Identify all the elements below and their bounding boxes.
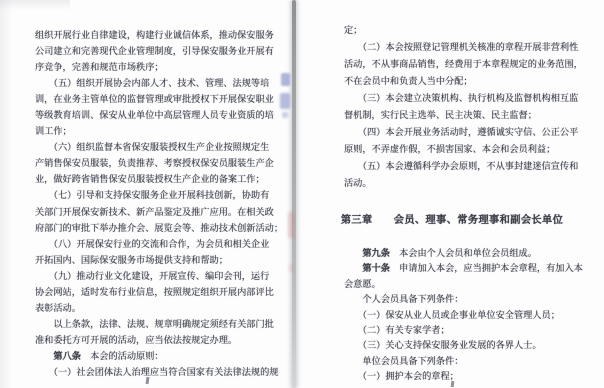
text-line: 开拓国内、国际保安服务市场提供支持和帮助； [35, 252, 281, 268]
text-segment: （二）本会按照登记管理机关核准的章程开展非营利性 [344, 42, 578, 52]
text-segment: （五）组织开展协会内部人才、技术、管理、法规等培 [35, 78, 269, 88]
text-segment: （三）本会建立决策机构、执行机构及监督机构相互监 [344, 93, 578, 103]
text-line: （八）开展保安行业的交流和合作，为会员和相关企业 [35, 236, 281, 252]
right-page-intro-text: 定； （二）本会按照登记管理机关核准的章程开展非营利性活动，不从事商品销售，经费… [344, 22, 594, 192]
text-segment: 原则，不弄虚作假，不损害国家、本会和会员利益； [344, 144, 555, 154]
left-page-text: 组织开展行业自律建设，构建行业诚信体系，推动保安服务公司建立和完善现代企业管理制… [35, 27, 281, 380]
text-line: 单位会员具备下列条件： [344, 354, 596, 369]
text-line: 第八条 本会的活动原则： [35, 348, 281, 364]
text-segment [344, 263, 362, 273]
text-line: 表彰活动。 [35, 300, 281, 316]
scanned-document: 组织开展行业自律建设，构建行业诚信体系，推动保安服务公司建立和完善现代企业管理制… [0, 0, 604, 388]
text-segment: 活动。 [344, 178, 372, 188]
text-segment: （一）保安从业人员或企事业单位安全管理人员； [344, 310, 560, 320]
text-line: 业，做好跨省销售保安员服装授权生产企业的备案工作； [35, 171, 281, 187]
text-segment: 不在会员中和负责人当中分配； [344, 76, 473, 86]
text-segment: 本会的活动原则： [81, 351, 164, 361]
text-line: （七）引导和支持保安服务企业开展科技创新，协助有 [35, 187, 281, 203]
text-line: 训工作； [35, 123, 281, 139]
text-segment: 表彰活动。 [35, 303, 81, 313]
text-line: 定； [344, 22, 594, 39]
text-segment [344, 248, 362, 258]
text-segment: 训工作； [35, 126, 72, 136]
blue-ink-bleed-mark [280, 93, 290, 109]
text-line: （二）有关专家学者； [344, 323, 596, 338]
red-ink-bleed-mark [288, 212, 294, 238]
text-line: （二）本会按照登记管理机关核准的章程开展非营利性 [344, 39, 594, 56]
text-segment: （七）引导和支持保安服务企业开展科技创新，协助有 [35, 190, 269, 200]
text-segment: 定； [344, 25, 362, 35]
article-term: 第八条 [53, 351, 81, 361]
text-line: 等级教育培训、保安从业单位中高层管理人员专业资质的培 [35, 107, 281, 123]
text-line: 产销售保安员服装，负责推荐、考察授权保安员服装生产企 [35, 155, 281, 171]
right-page: 定； （二）本会按照登记管理机关核准的章程开展非营利性活动，不从事商品销售，经费… [300, 0, 604, 388]
text-line: （三）本会建立决策机构、执行机构及监督机构相互监 [344, 90, 594, 107]
text-segment: （六）组织监督本省保安服装授权生产企业按照规定生 [35, 142, 269, 152]
text-segment: 活动，不从事商品销售，经费用于本章程规定的业务范围， [344, 59, 583, 69]
text-segment: 公司建立和完善现代企业管理制度，引导保安服务业开展有 [35, 46, 274, 56]
text-line: 督机制，实行民主选举、民主决策、民主监督； [344, 107, 594, 124]
text-segment: 督机制，实行民主选举、民主决策、民主监督； [344, 110, 537, 120]
text-segment: 以上条款，法律、法规、规章明确规定须经有关部门批 [35, 319, 274, 329]
text-line: （六）组织监督本省保安服装授权生产企业按照规定生 [35, 139, 281, 155]
text-line: （一）保安从业人员或企事业单位安全管理人员； [344, 308, 596, 323]
article-term: 第十条 [362, 263, 390, 273]
text-segment: 训，在业务主管单位的监督管理或审批授权下开展保安职业 [35, 94, 274, 104]
text-line: 准和委托方可开展的活动，应当依法按规定办理。 [35, 332, 281, 348]
text-line: （五）本会遵循科学办会原则，不从事封建迷信宣传和 [344, 158, 594, 175]
blue-ink-bleed-mark [282, 112, 288, 118]
text-segment: 本会由个人会员和单位会员组成。 [390, 248, 537, 258]
text-line: 协会网站，适时发布行业信息，按照规定组织开展内部评比 [35, 284, 281, 300]
text-line: （五）组织开展协会内部人才、技术、管理、法规等培 [35, 75, 281, 91]
text-line: （三）关心支持保安服务业发展的各界人士。 [344, 338, 596, 353]
text-line: 活动。 [344, 175, 594, 192]
text-line: 会意愿。 [344, 277, 596, 292]
text-segment: 关部门开展保安新技术、新产品鉴定及推广应用。在相关政 [35, 207, 274, 217]
text-segment: 产销售保安员服装，负责推荐、考察授权保安员服装生产企 [35, 158, 274, 168]
text-segment: 组织开展行业自律建设，构建行业诚信体系，推动保安服务 [35, 30, 274, 40]
text-segment: （四）本会开展业务活动时，遵循诚实守信、公正公平 [344, 127, 578, 137]
text-segment: 申请加入本会，应当拥护本会章程，有加入本 [390, 263, 583, 273]
text-line: 不在会员中和负责人当中分配； [344, 73, 594, 90]
blue-ink-bleed-mark [281, 73, 290, 86]
text-line: 序竞争，完善和规范市场秩序； [35, 59, 281, 75]
text-line: 活动，不从事商品销售，经费用于本章程规定的业务范围， [344, 56, 594, 73]
text-segment: （九）推动行业文化建设，开展宣传、编印会刊，运行 [35, 271, 269, 281]
page-number-mark [146, 377, 149, 384]
text-segment: （一）社会团体法人治理应当符合国家有关法律法规的规 [35, 367, 278, 377]
text-segment [35, 351, 53, 361]
text-line: 以上条款，法律、法规、规章明确规定须经有关部门批 [35, 316, 281, 332]
text-segment: 协会网站，适时发布行业信息，按照规定组织开展内部评比 [35, 287, 274, 297]
text-line: 关部门开展保安新技术、新产品鉴定及推广应用。在相关政 [35, 204, 281, 220]
text-line: 个人会员具备下列条件： [344, 292, 596, 307]
text-segment: 业，做好跨省销售保安员服装授权生产企业的备案工作； [35, 174, 265, 184]
text-segment: 等级教育培训、保安从业单位中高层管理人员专业资质的培 [35, 110, 274, 120]
text-line: （九）推动行业文化建设，开展宣传、编印会刊，运行 [35, 268, 281, 284]
spine-shadow [292, 0, 296, 388]
text-segment: 个人会员具备下列条件： [344, 294, 463, 304]
text-line: （四）本会开展业务活动时，遵循诚实守信、公正公平 [344, 124, 594, 141]
text-line: 第十条 申请加入本会，应当拥护本会章程，有加入本 [344, 261, 596, 276]
text-segment: 开拓国内、国际保安服务市场提供支持和帮助； [35, 255, 228, 265]
right-page-section-text: 第九条 本会由个人会员和单位会员组成。 第十条 申请加入本会，应当拥护本会章程，… [344, 246, 596, 385]
text-line: （一）拥护本会的章程； [344, 369, 596, 384]
text-segment: 单位会员具备下列条件： [344, 356, 463, 366]
text-line: 公司建立和完善现代企业管理制度，引导保安服务业开展有 [35, 43, 281, 59]
text-segment: （八）开展保安行业的交流和合作，为会员和相关企业 [35, 239, 269, 249]
text-segment: （一）拥护本会的章程； [344, 371, 459, 381]
text-segment: （二）有关专家学者； [344, 325, 450, 335]
text-segment: （五）本会遵循科学办会原则，不从事封建迷信宣传和 [344, 161, 578, 171]
text-line: 组织开展行业自律建设，构建行业诚信体系，推动保安服务 [35, 27, 281, 43]
text-line: 第九条 本会由个人会员和单位会员组成。 [344, 246, 596, 261]
text-line: 府部门的审批下举办推介会、展览会等、推动技术创新活动； [35, 220, 281, 236]
text-line: （一）社会团体法人治理应当符合国家有关法律法规的规 [35, 364, 281, 380]
text-segment: 序竞争，完善和规范市场秩序； [35, 62, 164, 72]
text-segment: 会意愿。 [344, 279, 381, 289]
left-page: 组织开展行业自律建设，构建行业诚信体系，推动保安服务公司建立和完善现代企业管理制… [0, 0, 290, 388]
red-ink-bleed-mark [289, 264, 293, 272]
text-line: 原则，不弄虚作假，不损害国家、本会和会员利益； [344, 141, 594, 158]
text-segment: （三）关心支持保安服务业发展的各界人士。 [344, 340, 542, 350]
page-spine [287, 0, 301, 388]
text-line: 训，在业务主管单位的监督管理或审批授权下开展保安职业 [35, 91, 281, 107]
text-segment: 准和委托方可开展的活动，应当依法按规定办理。 [35, 335, 237, 345]
text-segment: 府部门的审批下举办推介会、展览会等、推动技术创新活动； [35, 223, 283, 233]
chapter-heading: 第三章 会员、理事、常务理事和副会长单位 [300, 211, 604, 226]
article-term: 第九条 [362, 248, 390, 258]
